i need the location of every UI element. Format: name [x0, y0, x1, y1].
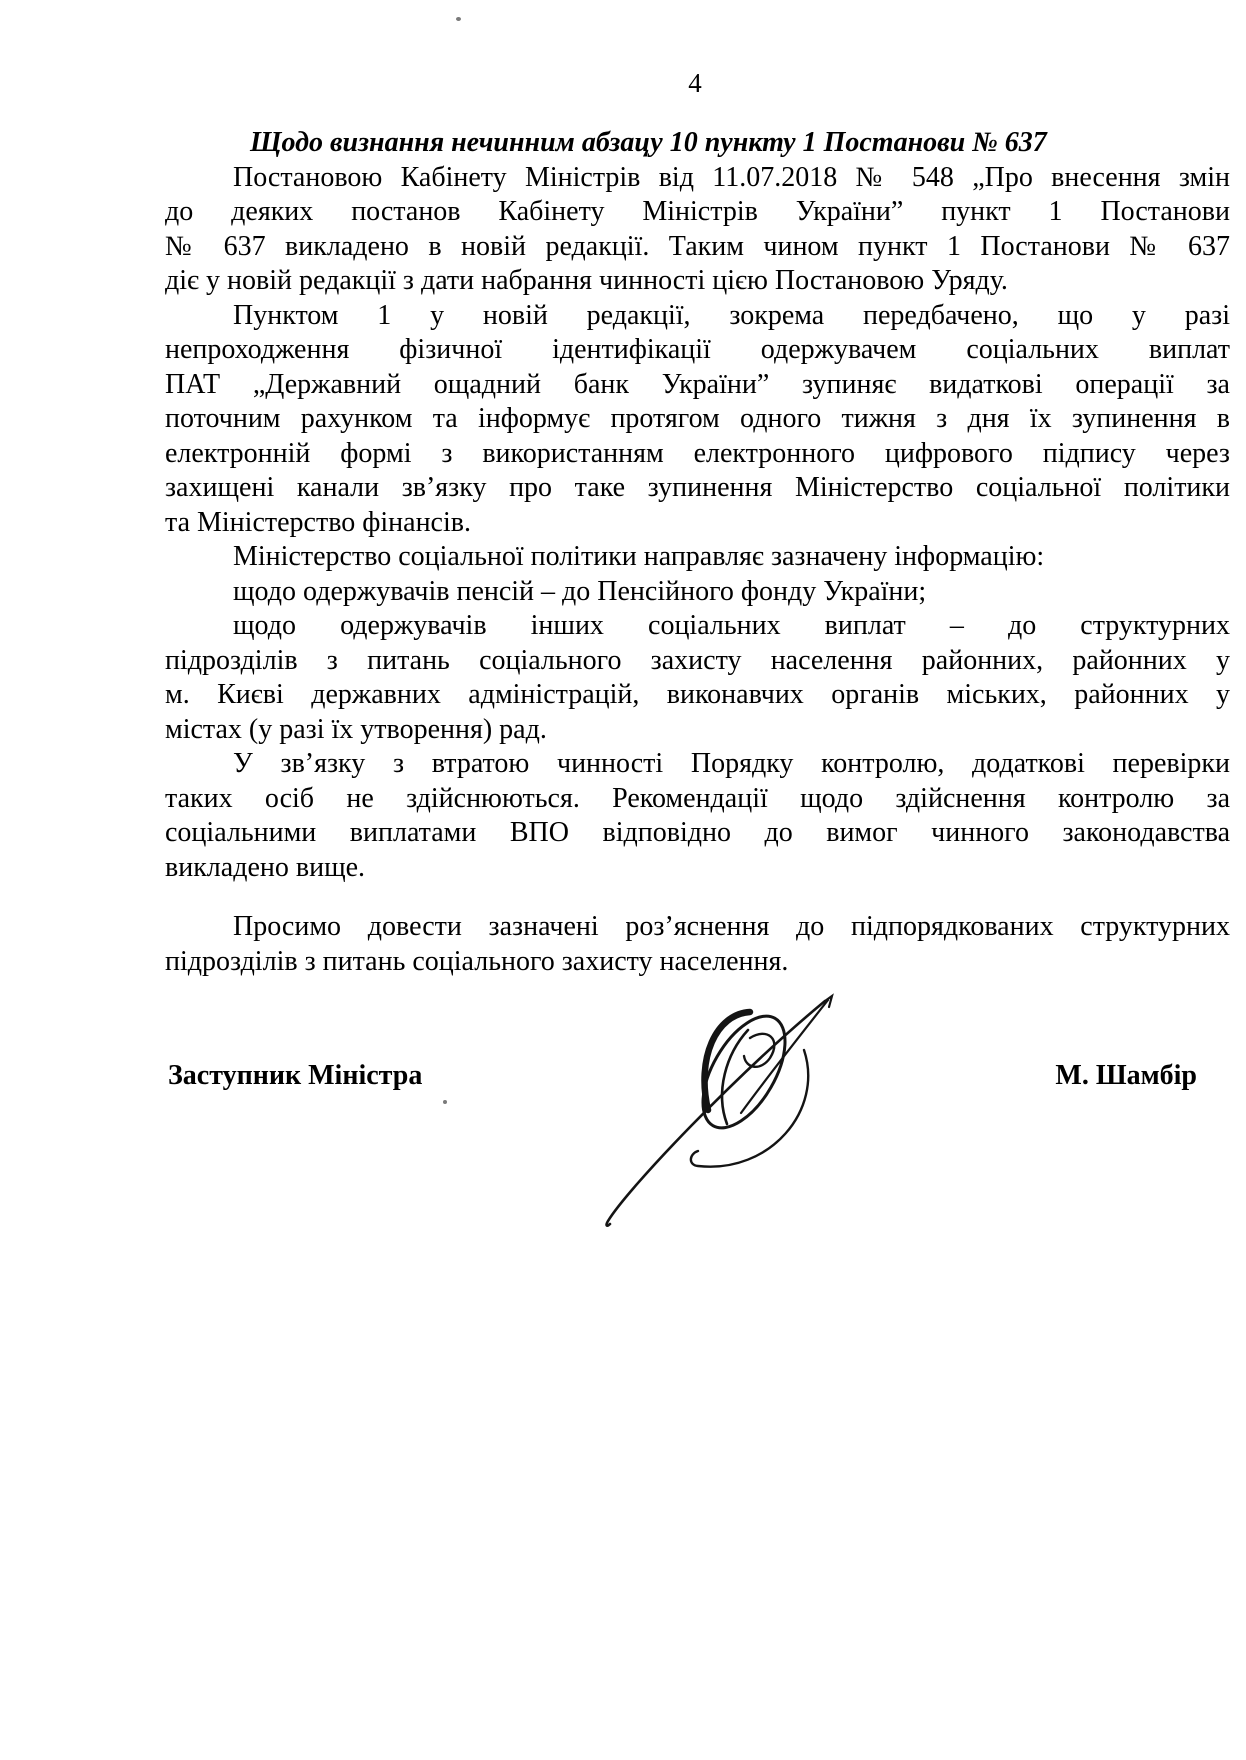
paragraph: щодо одержувачів пенсій – до Пенсійного … [165, 575, 1230, 610]
text-line: містах (у разі їх утворення) рад. [165, 713, 1230, 748]
paragraph: Постановою Кабінету Міністрів від 11.07.… [165, 161, 1230, 299]
handwritten-signature-icon [598, 988, 846, 1232]
body-paragraphs: Постановою Кабінету Міністрів від 11.07.… [165, 161, 1230, 980]
document-heading: Щодо визнання нечинним абзацу 10 пункту … [165, 126, 1230, 161]
text-line: Міністерство соціальної політики направл… [165, 540, 1230, 575]
text-line: м. Києві державних адміністрацій, викона… [165, 678, 1230, 713]
text-line: підрозділів з питань соціального захисту… [165, 644, 1230, 679]
text-line: підрозділів з питань соціального захисту… [165, 945, 1230, 980]
page-number: 4 [640, 68, 750, 99]
scan-speck [443, 1100, 447, 1104]
text-line: Пунктом 1 у новій редакції, зокрема пере… [165, 299, 1230, 334]
text-line: викладено вище. [165, 851, 1230, 886]
text-line: до деяких постанов Кабінету Міністрів Ук… [165, 195, 1230, 230]
text-line: таких осіб не здійснюються. Рекомендації… [165, 782, 1230, 817]
paragraph: Просимо довести зазначені роз’яснення до… [165, 910, 1230, 979]
text-line: непроходження фізичної ідентифікації оде… [165, 333, 1230, 368]
document-page: 4 Щодо визнання нечинним абзацу 10 пункт… [0, 0, 1246, 1760]
text-line: діє у новій редакції з дати набрання чин… [165, 264, 1230, 299]
text-line: соціальними виплатами ВПО відповідно до … [165, 816, 1230, 851]
signatory-name: М. Шамбір [1055, 1060, 1197, 1092]
paragraph: Міністерство соціальної політики направл… [165, 540, 1230, 575]
text-line: № 637 викладено в новій редакції. Таким … [165, 230, 1230, 265]
paragraph: Пунктом 1 у новій редакції, зокрема пере… [165, 299, 1230, 541]
signatory-title: Заступник Міністра [168, 1060, 422, 1092]
text-line: щодо одержувачів інших соціальних виплат… [165, 609, 1230, 644]
text-line: поточним рахунком та інформує протягом о… [165, 402, 1230, 437]
text-line: електронній формі з використанням електр… [165, 437, 1230, 472]
text-line: У зв’язку з втратою чинності Порядку кон… [165, 747, 1230, 782]
paragraph: У зв’язку з втратою чинності Порядку кон… [165, 747, 1230, 885]
text-line: захищені канали зв’язку про таке зупинен… [165, 471, 1230, 506]
text-line: Постановою Кабінету Міністрів від 11.07.… [165, 161, 1230, 196]
paragraph: щодо одержувачів інших соціальних виплат… [165, 609, 1230, 747]
text-line: Просимо довести зазначені роз’яснення до… [165, 910, 1230, 945]
text-line: ПАТ „Державний ощадний банк України” зуп… [165, 368, 1230, 403]
document-body: Щодо визнання нечинним абзацу 10 пункту … [165, 126, 1230, 979]
text-line: щодо одержувачів пенсій – до Пенсійного … [165, 575, 1230, 610]
text-line: та Міністерство фінансів. [165, 506, 1230, 541]
scan-speck [456, 17, 461, 21]
